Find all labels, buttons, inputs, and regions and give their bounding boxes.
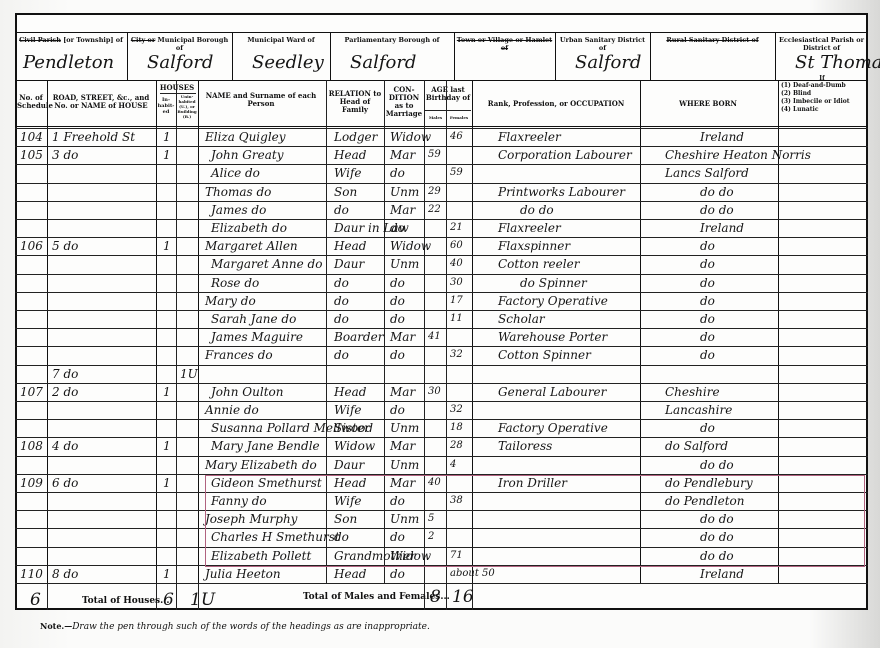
cell-name: Elizabeth do [211,221,287,235]
cell-born: do [700,239,715,253]
cell-male: 2 [428,530,434,544]
cell-female: 21 [450,221,463,235]
cell-born: Lancs Salford [665,166,749,180]
cell-condition: Widow [390,549,431,563]
cell-road: 5 do [52,239,78,253]
footnote: Note.—Draw the pen through such of the w… [40,621,430,632]
district-cell-1: City or Municipal Borough ofSalford [127,32,232,80]
district-label: Urban Sanitary District of [557,36,648,52]
cell-relation: do [334,294,349,308]
cell-male: 29 [428,185,441,199]
cell-schedule: 107 [20,385,43,399]
table-row: Mary Elizabeth doDaurUnm4do do [0,458,880,476]
cell-born: do do [700,512,734,526]
cell-occupation: General Labourer [498,385,606,399]
district-label-text: Parliamentary Borough of [345,36,440,44]
district-label-struck: Civil Parish [19,36,61,44]
cell-condition: Widow [390,239,431,253]
cell-condition: do [390,294,405,308]
cell-relation: Head [334,567,366,581]
cell-born: do do [700,458,734,472]
cell-relation: do [334,276,349,290]
cell-relation: Wife [334,494,362,508]
cell-condition: do [390,567,405,581]
cell-relation: Daur [334,458,364,472]
cell-female: about 50 [450,567,495,581]
cell-condition: do [390,403,405,417]
cell-male: 59 [428,148,441,162]
cell-condition: do [390,348,405,362]
cell-born: do Pendlebury [665,476,753,490]
table-row: 1096 do1Gideon SmethurstHeadMar40Iron Dr… [0,476,880,494]
table-row: 1053 do1John GreatyHeadMar59Corporation … [0,148,880,166]
col-schedule: No. of Schedule [17,94,45,110]
cell-occupation: Warehouse Porter [498,330,607,344]
district-label: Municipal Ward of [234,36,328,44]
col-born: WHERE BORN [640,100,776,108]
cell-occupation: Flaxreeler [498,130,561,144]
cell-relation: Lodger [334,130,377,144]
district-label-text: Ecclesiastical Parish or District of [779,36,864,52]
cell-schedule: 108 [20,439,43,453]
cell-name: Frances do [205,348,273,362]
cell-road: 7 do [52,367,78,381]
cell-relation: Sister [334,421,370,435]
cell-occupation: Scholar [498,312,545,326]
cell-name: Mary do [205,294,256,308]
cell-born: Cheshire Heaton Norris [665,148,811,162]
cell-born: do do [700,185,734,199]
col-infirmity: (1) Deaf-and-Dumb(2) Blind(3) Imbecile o… [781,82,867,114]
cell-condition: Mar [390,330,415,344]
cell-condition: Mar [390,476,415,490]
cell-born: Ireland [700,130,744,144]
cell-relation: do [334,312,349,326]
cell-occupation: Cotton reeler [498,257,579,271]
total-females: 16 [452,590,474,604]
table-row: 1108 do1Julia HeetonHeaddoabout 50Irelan… [0,567,880,585]
table-row: Rose dododo30do Spinnerdo [0,276,880,294]
cell-name: Annie do [205,403,259,417]
col-name: NAME and Surname of each Person [200,92,322,108]
cell-road: 1 Freehold St [52,130,135,144]
cell-occupation: do Spinner [520,276,587,290]
cell-born: do [700,330,715,344]
table-row: Fanny doWifedo38do Pendleton [0,494,880,512]
table-row: Susanna Pollard MellwoodSisterUnm18Facto… [0,421,880,439]
cell-relation: Son [334,512,357,526]
table-row: 1072 do1John OultonHeadMar30General Labo… [0,385,880,403]
col-males: Males [425,114,446,122]
cell-occupation: Iron Driller [498,476,567,490]
district-label: Town or Village or Hamlet of [456,36,553,52]
footnote-text: Draw the pen through such of the words o… [72,622,430,632]
cell-born: do Pendleton [665,494,744,508]
table-row: 1041 Freehold St1Eliza QuigleyLodgerWido… [0,130,880,148]
total-houses-label: Total of Houses... [82,596,170,606]
cell-name: Margaret Allen [205,239,298,253]
district-label-struck: Rural Sanitary District of [666,36,758,44]
cell-condition: Mar [390,148,415,162]
cell-condition: Mar [390,439,415,453]
cell-relation: do [334,203,349,217]
table-row: James MaguireBoarderMar41Warehouse Porte… [0,330,880,348]
col-houses: HOUSES [156,84,198,92]
cell-born: do Salford [665,439,728,453]
table-row: Elizabeth doDaur in Lawdo21FlaxreelerIre… [0,221,880,239]
cell-occupation: Corporation Labourer [498,148,632,162]
cell-condition: Mar [390,385,415,399]
cell-born: do do [700,549,734,563]
cell-schedule: 105 [20,148,43,162]
cell-condition: Unm [390,512,419,526]
district-label: Civil Parish [or Township] of [17,36,125,44]
cell-condition: Unm [390,458,419,472]
cell-name: Eliza Quigley [205,130,286,144]
cell-inhabited: 1 [163,439,171,453]
cell-relation: do [334,530,349,544]
infirmity-option: (4) Lunatic [781,106,867,114]
cell-relation: Boarder [334,330,383,344]
cell-inhabited: 1 [163,385,171,399]
cell-male: 30 [428,385,441,399]
cell-name: Mary Elizabeth do [205,458,317,472]
total-persons-label: Total of Males and Females... [303,592,450,602]
table-row: Frances dododo32Cotton Spinnerdo [0,348,880,366]
cell-uninhabited: 1U [180,367,198,381]
cell-female: 60 [450,239,463,253]
total-uninhabited: 1U [190,593,215,607]
district-value: Seedley [252,56,324,70]
district-cell-6: Rural Sanitary District of [650,32,775,80]
table-row: Sarah Jane dododo11Scholardo [0,312,880,330]
cell-inhabited: 1 [163,476,171,490]
district-cell-3: Parliamentary Borough ofSalford [330,32,454,80]
district-label-text: Municipal Borough of [158,36,229,52]
district-cell-5: Urban Sanitary District ofSalford [555,32,650,80]
table-row: Margaret Anne doDaurUnm40Cotton reelerdo [0,257,880,275]
col-females: Females [447,114,471,122]
cell-occupation: Cotton Spinner [498,348,591,362]
district-label: Parliamentary Borough of [332,36,452,44]
cell-male: 22 [428,203,441,217]
cell-born: do [700,257,715,271]
col-age: AGE last Birthday of [425,86,471,102]
district-label: Ecclesiastical Parish or District of [777,36,866,52]
cell-condition: do [390,312,405,326]
district-value: St Thomas [795,56,880,70]
cell-road: 8 do [52,567,78,581]
cell-relation: Widow [334,439,375,453]
district-cell-2: Municipal Ward ofSeedley [232,32,330,80]
cell-male: 5 [428,512,434,526]
table-row: 7 do1U [0,367,880,385]
table-row: Alice doWifedo59Lancs Salford [0,166,880,184]
district-label: Rural Sanitary District of [652,36,773,44]
footnote-prefix: Note.— [40,621,72,631]
cell-born: do [700,348,715,362]
cell-male: 41 [428,330,441,344]
cell-condition: do [390,276,405,290]
cell-name: Fanny do [211,494,267,508]
cell-born: do [700,294,715,308]
cell-relation: Wife [334,166,362,180]
table-row: Charles H Smethurstdodo2do do [0,530,880,548]
cell-name: Thomas do [205,185,271,199]
cell-female: 32 [450,348,463,362]
cell-condition: Unm [390,185,419,199]
cell-occupation: Flaxspinner [498,239,570,253]
cell-inhabited: 1 [163,130,171,144]
cell-condition: Unm [390,257,419,271]
cell-occupation: Factory Operative [498,294,608,308]
cell-relation: Head [334,476,366,490]
cell-female: 17 [450,294,463,308]
cell-name: Joseph Murphy [205,512,297,526]
cell-female: 59 [450,166,463,180]
cell-female: 71 [450,549,463,563]
cell-born: Ireland [700,221,744,235]
cell-relation: Son [334,185,357,199]
cell-condition: do [390,221,405,235]
cell-female: 28 [450,439,463,453]
census-page: Page 22] The undermentioned Houses are s… [0,0,880,648]
table-row: 1084 do1Mary Jane BendleWidowMar28Tailor… [0,439,880,457]
cell-female: 4 [450,458,456,472]
cell-relation: do [334,348,349,362]
cell-relation: Head [334,239,366,253]
cell-male: 40 [428,476,441,490]
table-row: Mary dododo17Factory Operativedo [0,294,880,312]
total-inhabited: 6 [163,593,174,607]
district-label-struck: City or [131,36,155,44]
district-cell-0: Civil Parish [or Township] ofPendleton [15,32,127,80]
district-label-text: [or Township] of [63,36,123,44]
cell-relation: Head [334,385,366,399]
cell-female: 11 [450,312,463,326]
infirmity-option: (3) Imbecile or Idiot [781,98,867,106]
table-row: James dodoMar22do dodo do [0,203,880,221]
district-label-struck: Town or Village or Hamlet of [457,36,552,52]
cell-born: do [700,276,715,290]
cell-occupation: Printworks Labourer [498,185,625,199]
cell-name: Margaret Anne do [211,257,322,271]
cell-road: 3 do [52,148,78,162]
col-condition: CON-DITION as to Marriage [385,86,423,118]
district-value: Salford [350,56,416,70]
cell-name: Mary Jane Bendle [211,439,320,453]
cell-occupation: Tailoress [498,439,552,453]
cell-name: James do [211,203,266,217]
cell-occupation: do do [520,203,554,217]
cell-name: Rose do [211,276,259,290]
col-relation: RELATION to Head of Family [327,90,383,114]
total-males: 8 [430,590,441,604]
table-row: 1065 do1Margaret AllenHeadWidow60Flaxspi… [0,239,880,257]
cell-born: Cheshire [665,385,720,399]
cell-female: 30 [450,276,463,290]
cell-schedule: 109 [20,476,43,490]
cell-born: do [700,312,715,326]
cell-occupation: Factory Operative [498,421,608,435]
cell-relation: Wife [334,403,362,417]
cell-female: 46 [450,130,463,144]
cell-name: Sarah Jane do [211,312,296,326]
cell-born: do do [700,203,734,217]
cell-condition: Mar [390,203,415,217]
district-label-text: Urban Sanitary District of [560,36,645,52]
district-value: Salford [147,56,213,70]
cell-name: Alice do [211,166,260,180]
district-label: City or Municipal Borough of [129,36,230,52]
cell-name: Julia Heeton [205,567,281,581]
cell-name: James Maguire [211,330,303,344]
infirmity-option: (1) Deaf-and-Dumb [781,82,867,90]
cell-occupation: Flaxreeler [498,221,561,235]
district-value: Pendleton [23,56,114,70]
table-row: Joseph MurphySonUnm5do do [0,512,880,530]
infirmity-option: (2) Blind [781,90,867,98]
cell-schedule: 106 [20,239,43,253]
district-value: Salford [575,56,641,70]
cell-condition: do [390,530,405,544]
cell-condition: Widow [390,130,431,144]
col-road: ROAD, STREET, &c., and No. or NAME of HO… [48,94,154,110]
table-row: Annie doWifedo32Lancashire [0,403,880,421]
table-row: Elizabeth PollettGrandmotherWidow71do do [0,549,880,567]
cell-female: 40 [450,257,463,271]
cell-female: 18 [450,421,463,435]
cell-name: John Greaty [211,148,284,162]
table-row: Thomas doSonUnm29Printworks Labourerdo d… [0,185,880,203]
cell-schedule: 104 [20,130,43,144]
cell-born: Ireland [700,567,744,581]
cell-female: 32 [450,403,463,417]
cell-born: do [700,421,715,435]
district-cell-7: Ecclesiastical Parish or District ofSt T… [775,32,868,80]
cell-inhabited: 1 [163,567,171,581]
col-inhabited: In-habit-ed [156,97,176,115]
district-label-text: Municipal Ward of [247,36,314,44]
cell-born: do do [700,530,734,544]
cell-name: Elizabeth Pollett [211,549,311,563]
cell-relation: Daur [334,257,364,271]
cell-schedule: 110 [20,567,43,581]
cell-name: John Oulton [211,385,284,399]
col-uninhabited: Unin-habited (U.), or Building (B.) [177,94,197,119]
cell-name: Charles H Smethurst [211,530,340,544]
cell-condition: Unm [390,421,419,435]
col-occupation: Rank, Profession, or OCCUPATION [473,100,639,108]
cell-relation: Head [334,148,366,162]
cell-name: Gideon Smethurst [211,476,322,490]
cell-road: 6 do [52,476,78,490]
cell-female: 38 [450,494,463,508]
cell-born: Lancashire [665,403,732,417]
cell-road: 2 do [52,385,78,399]
cell-inhabited: 1 [163,148,171,162]
total-schedules: 6 [30,593,41,607]
cell-condition: do [390,166,405,180]
district-cell-4: Town or Village or Hamlet of [454,32,555,80]
cell-road: 4 do [52,439,78,453]
cell-inhabited: 1 [163,239,171,253]
cell-condition: do [390,494,405,508]
